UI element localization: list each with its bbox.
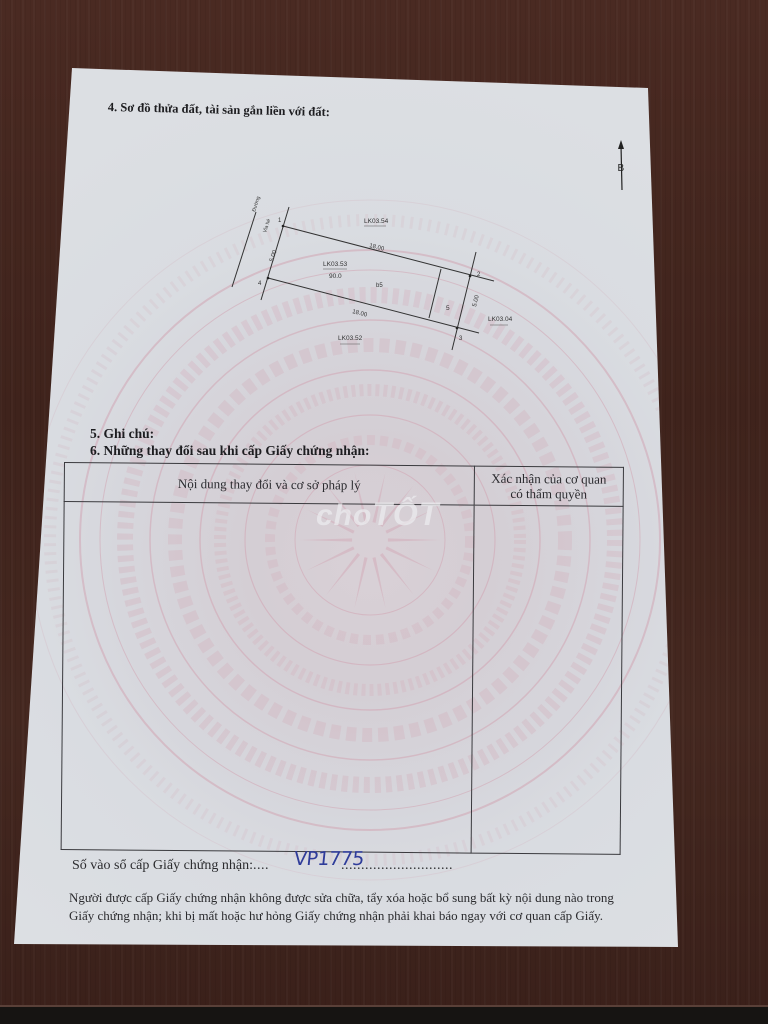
neighbor-south: LK03.52 bbox=[338, 335, 363, 342]
setback-label: 5 bbox=[446, 305, 450, 312]
confirmation-cell bbox=[471, 505, 623, 854]
vertex-4: 4 bbox=[258, 281, 262, 287]
neighbor-east: LK03.04 bbox=[488, 316, 513, 323]
road-label: Đường bbox=[251, 196, 262, 213]
watermark-text-right: TỐT bbox=[372, 496, 439, 532]
registration-number-line: Số vào sổ cấp Giấy chứng nhận:..........… bbox=[72, 858, 453, 874]
dim-right: 5.00 bbox=[472, 294, 481, 307]
parcel-area: 90.0 bbox=[329, 273, 342, 280]
vertex-1: 1 bbox=[278, 218, 282, 224]
section-6-title: 6. Những thay đổi sau khi cấp Giấy chứng… bbox=[90, 443, 370, 459]
sidewalk-label: Vỉa hè bbox=[261, 218, 272, 234]
north-arrow-icon: B bbox=[618, 140, 625, 190]
watermark-text-left: cho bbox=[316, 499, 372, 532]
column-header-confirmation: Xác nhận của cơ quan có thẩm quyền bbox=[474, 466, 623, 506]
dim-bottom: 18.00 bbox=[352, 309, 369, 319]
chotot-watermark: choTỐT bbox=[316, 496, 439, 533]
section-5-title: 5. Ghi chú: bbox=[90, 426, 154, 442]
content-cell bbox=[61, 502, 474, 854]
vertex-3: 3 bbox=[459, 336, 463, 342]
neighbor-north: LK03.54 bbox=[364, 218, 389, 225]
parcel-id: LK03.53 bbox=[323, 261, 348, 268]
block-label: b5 bbox=[376, 283, 383, 289]
registration-number-handwritten: VP1775 bbox=[293, 848, 365, 870]
registration-label: Số vào sổ cấp Giấy chứng nhận: bbox=[72, 858, 253, 873]
column-header-confirmation-line1: Xác nhận của cơ quan bbox=[491, 471, 606, 487]
column-header-confirmation-line2: có thẩm quyền bbox=[510, 486, 587, 502]
plot-diagram: B Đường Vỉa hè 1 2 3 4 18.00 18.00 5.00 … bbox=[0, 0, 768, 460]
dots-before: .... bbox=[253, 858, 269, 873]
svg-text:B: B bbox=[618, 163, 625, 174]
dim-top: 18.00 bbox=[369, 243, 386, 253]
dim-left: 5.00 bbox=[269, 249, 279, 263]
notice-paragraph: Người được cấp Giấy chứng nhận không đượ… bbox=[69, 889, 629, 925]
